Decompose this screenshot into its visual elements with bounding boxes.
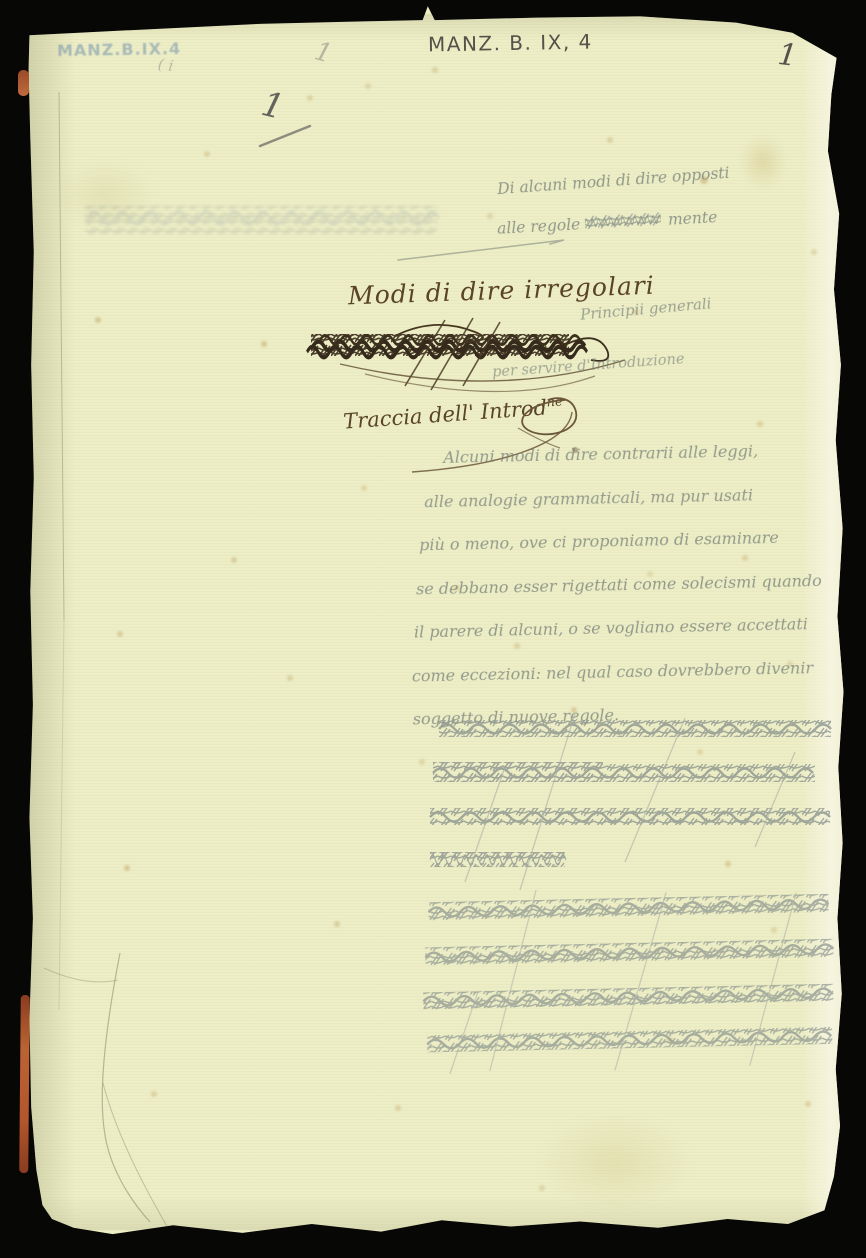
- binding-spine-strip: [19, 995, 30, 1173]
- manuscript-scan: MANZ.B.IX.4 ( i MANZ. B. IX, 4 1 1 1 Di …: [0, 0, 866, 1258]
- pencil-caret-stroke: [392, 236, 582, 266]
- manuscript-page: MANZ.B.IX.4 ( i MANZ. B. IX, 4 1 1 1 Di …: [0, 0, 866, 1258]
- cancelled-pencil-block-1: [425, 712, 845, 892]
- struck-word-scribble: [585, 211, 664, 231]
- pencil-draft-title-line2-post: mente: [668, 208, 718, 229]
- pencil-paragraph: Alcuni modi di dire contrarii alle leggi…: [405, 427, 851, 741]
- cancelled-pencil-block-2: [416, 884, 850, 1078]
- pencil-numeral-slash: [248, 84, 328, 154]
- shelfmark-header: MANZ. B. IX, 4: [428, 30, 593, 57]
- pencil-paren-mark: ( i: [157, 55, 175, 75]
- binding-remnant-top: [18, 70, 29, 96]
- foxing-spots: [0, 0, 4, 4]
